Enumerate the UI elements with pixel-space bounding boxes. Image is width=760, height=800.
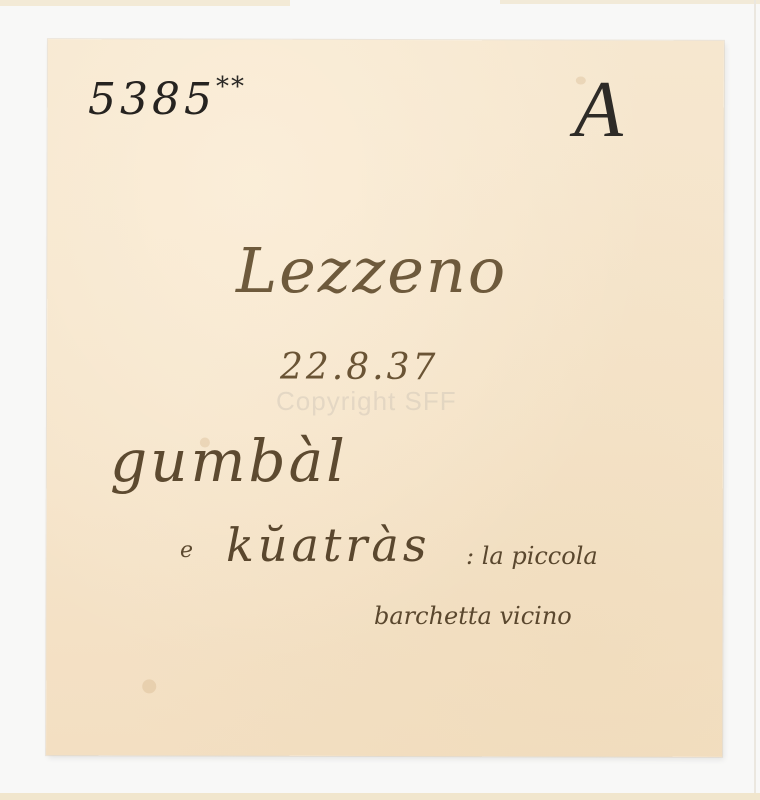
dialect-term-2: kŭatràs xyxy=(226,522,430,568)
corner-letter: A xyxy=(574,70,623,150)
bottom-edge-strip xyxy=(0,793,760,800)
gloss-line-2: barchetta vicino xyxy=(374,604,572,628)
inventory-number-digits: 5385 xyxy=(88,74,216,125)
inventory-number: 5385** xyxy=(88,78,246,122)
scan-background: 5385** A Lezzeno 22.8.37 Copyright SFF g… xyxy=(0,0,760,800)
inventory-stars: ** xyxy=(216,72,246,102)
conjunction: e xyxy=(180,540,193,562)
date: 22.8.37 xyxy=(280,350,438,386)
place-name: Lezzeno xyxy=(236,240,507,302)
top-edge-strip-right xyxy=(500,0,760,4)
gloss-line-1: : la piccola xyxy=(466,544,598,568)
right-edge-line xyxy=(754,0,756,800)
paper-stain xyxy=(142,679,156,693)
copyright-watermark: Copyright SFF xyxy=(276,386,457,417)
top-edge-strip xyxy=(0,0,290,6)
dialect-term-1: gumbàl xyxy=(110,432,348,490)
